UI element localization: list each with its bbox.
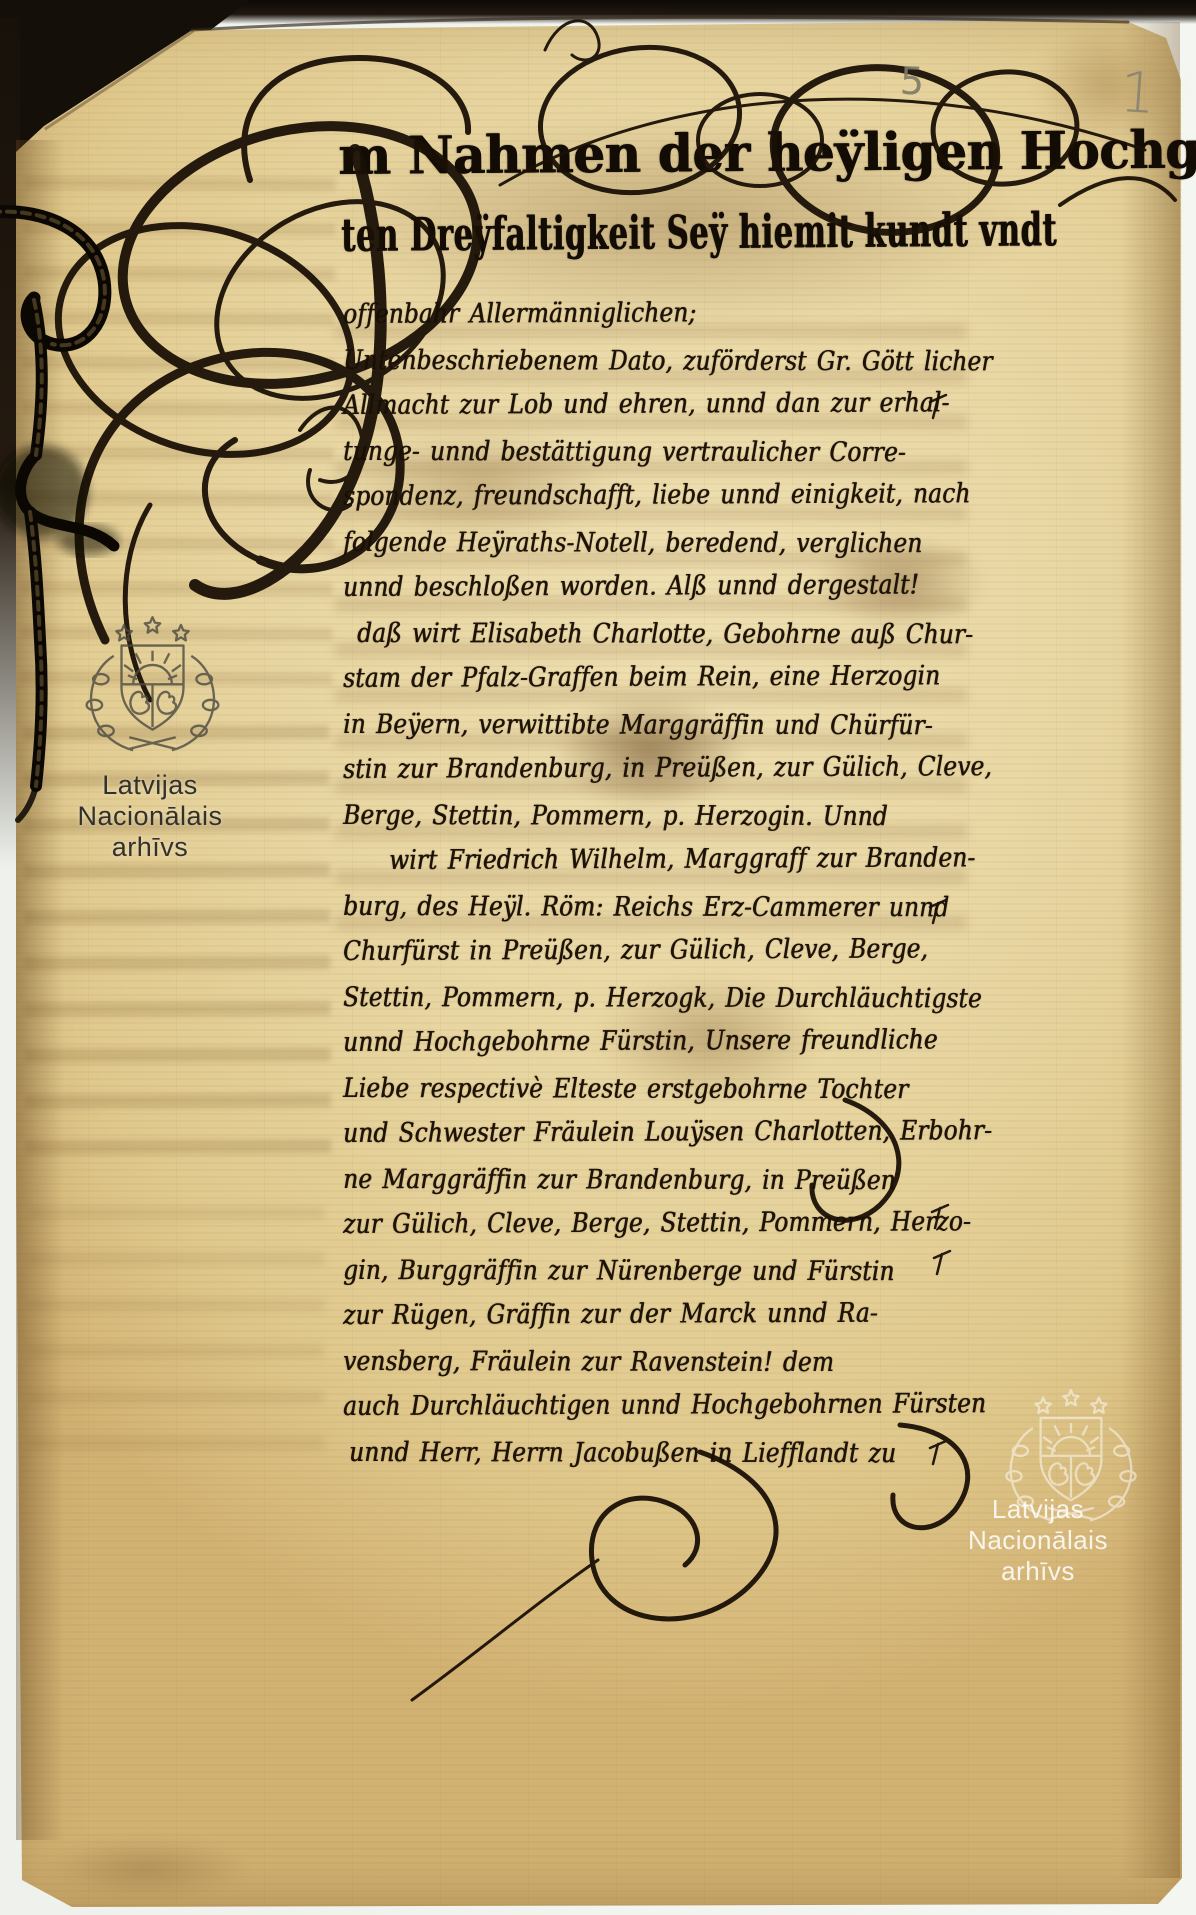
manuscript-line: Liebe respectivè Elteste erstgebohrne To… — [343, 1066, 902, 1113]
heading-line-2: ten Dreÿfaltigkeit Seÿ hiemit kundt vndt — [341, 204, 1057, 260]
manuscript-line: offenbahr Allermänniglichen; — [343, 290, 902, 338]
manuscript-line: auch Durchläuchtigen unnd Hochgebohrnen … — [343, 1382, 902, 1430]
manuscript-line: Allmacht zur Lob und ehren, unnd dan zur… — [343, 381, 902, 429]
manuscript-line: daß wirt Elisabeth Charlotte, Gebohrne a… — [357, 611, 904, 658]
pencil-folio-number: 1 — [1118, 65, 1157, 123]
manuscript-line: in Beÿern, verwittibte Marggräffin und C… — [343, 702, 902, 749]
manuscript-line: unnd Herr, Herrn Jacobußen in Liefflandt… — [349, 1430, 903, 1477]
heading-line-1: m Nahmen der heÿligen Hochgelob — [338, 121, 1196, 185]
manuscript-line: und Schwester Fräulein Louÿsen Charlotte… — [343, 1109, 902, 1157]
manuscript-line: Churfürst in Preüßen, zur Gülich, Cleve,… — [343, 927, 902, 975]
body-text: offenbahr Allermänniglichen;Untenbeschri… — [343, 292, 993, 1475]
manuscript-line: stin zur Brandenburg, in Preüßen, zur Gü… — [343, 745, 902, 793]
manuscript-line: tunge- unnd bestättigung vertraulicher C… — [343, 429, 902, 476]
manuscript-line: Untenbeschriebenem Dato, zuförderst Gr. … — [343, 338, 902, 385]
manuscript-line: ne Marggräffin zur Brandenburg, in Preüß… — [343, 1157, 902, 1204]
manuscript-line: stam der Pfalz-Graffen beim Rein, eine H… — [343, 654, 902, 702]
manuscript-line: wirt Friedrich Wilhelm, Marggraff zur Br… — [389, 836, 909, 884]
manuscript-line: vensberg, Fräulein zur Ravenstein! dem — [343, 1339, 902, 1386]
manuscript-line: Stettin, Pommern, p. Herzogk, Die Durchl… — [343, 975, 902, 1022]
manuscript-line: Berge, Stettin, Pommern, p. Herzogin. Un… — [343, 793, 902, 840]
pencil-page-number: 5 — [899, 62, 924, 101]
manuscript-line: folgende Heÿraths-Notell, beredend, verg… — [343, 520, 902, 567]
manuscript-line: unnd beschloßen worden. Alß unnd dergest… — [343, 563, 902, 611]
manuscript-line: burg, des Heÿl. Röm: Reichs Erz-Cammerer… — [343, 884, 902, 931]
manuscript-line: unnd Hochgebohrne Fürstin, Unsere freund… — [343, 1018, 902, 1066]
manuscript-line: zur Gülich, Cleve, Berge, Stettin, Pomme… — [343, 1200, 902, 1248]
manuscript-line: spondenz, freundschafft, liebe unnd eini… — [343, 472, 902, 520]
manuscript-scan: I m Nahmen der heÿligen Hochgelob ten Dr… — [0, 0, 1196, 1915]
manuscript-line: zur Rügen, Gräffin zur der Marck unnd Ra… — [343, 1291, 902, 1339]
manuscript-line: gin, Burggräffin zur Nürenberge und Fürs… — [343, 1248, 902, 1295]
